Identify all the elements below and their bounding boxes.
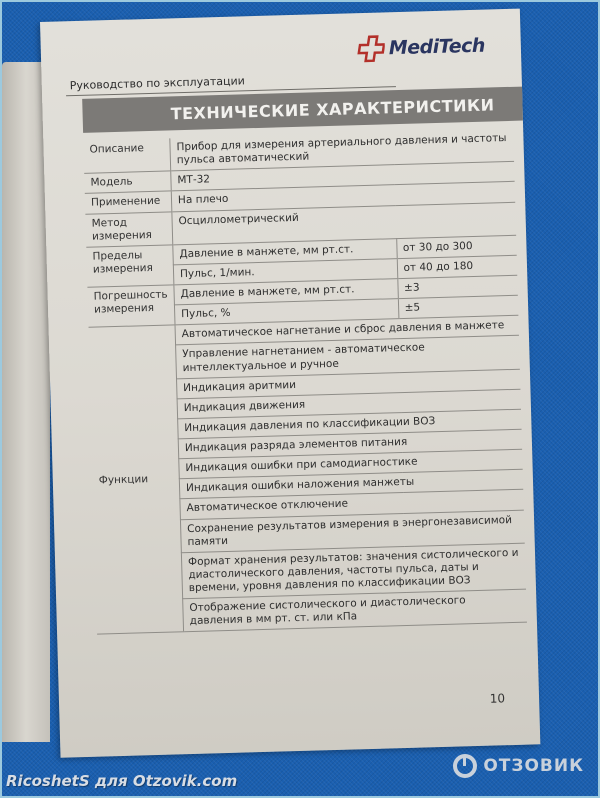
brand-logo: MediTech: [356, 32, 485, 64]
spec-label: Пределы измерения: [86, 245, 174, 288]
manual-page: MediTech Руководство по эксплуатации ТЕХ…: [40, 9, 540, 758]
site-name: ОТЗОВИК: [483, 756, 584, 776]
brand-name: MediTech: [388, 35, 485, 60]
functions-label: Функции: [89, 325, 184, 634]
page-number: 10: [490, 691, 506, 705]
section-title: ТЕХНИЧЕСКИЕ ХАРАКТЕРИСТИКИ: [170, 95, 494, 123]
spec-table: Описание Прибор для измерения артериальн…: [83, 129, 527, 635]
spec-label: Описание: [83, 138, 170, 173]
left-page-edge: [2, 62, 50, 742]
spec-label: Погрешность измерения: [87, 285, 175, 328]
manual-header-label: Руководство по эксплуатации: [70, 74, 245, 92]
site-watermark: ОТЗОВИК: [453, 754, 584, 778]
spec-label: Метод измерения: [85, 211, 172, 247]
medical-cross-icon: [356, 34, 385, 63]
author-watermark: RicoshetS для Otzovik.com: [6, 772, 237, 790]
spec-label: Модель: [84, 171, 171, 194]
otzovik-logo-icon: [453, 754, 477, 778]
spec-label: Применение: [85, 191, 172, 214]
